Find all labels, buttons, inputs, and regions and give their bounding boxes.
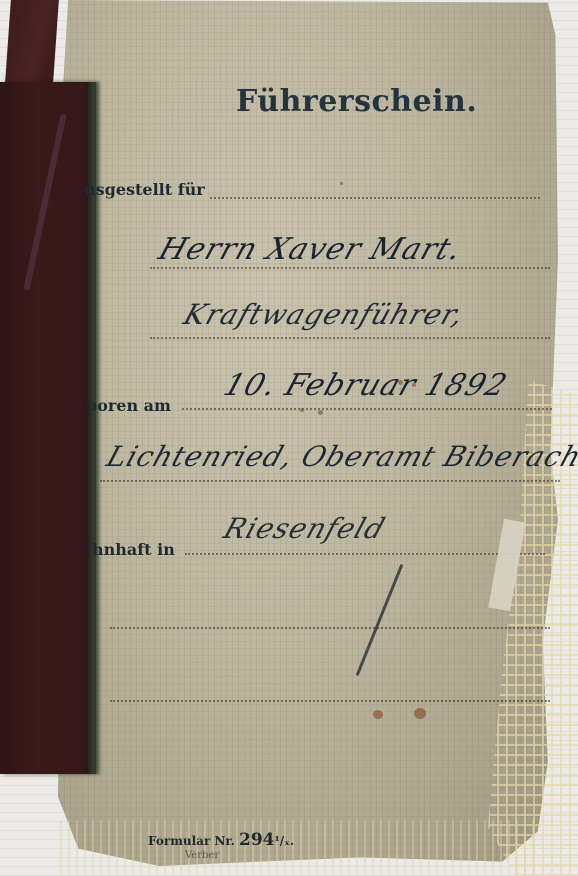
binding-strip-top: [5, 0, 59, 82]
label-resident-in: hnhaft in: [92, 540, 175, 559]
dotted-line: [110, 627, 550, 629]
handwritten-name: Herrn Xaver Mart.: [154, 232, 466, 267]
form-suffix: ¹/ₓ.: [275, 834, 295, 848]
fabric-mesh-bottom: [60, 820, 540, 876]
stain: [412, 383, 416, 387]
form-label: Formular Nr.: [148, 834, 235, 848]
handwritten-birthdate: 10. Februar 1892: [219, 368, 512, 403]
handwritten-residence: Riesenfeld: [220, 512, 390, 545]
dotted-line: [150, 267, 550, 269]
dotted-line: [150, 337, 550, 339]
handwritten-birthplace: Lichtenried, Oberamt Biberach: [103, 440, 578, 473]
binding-strip: [0, 82, 96, 774]
form-number: Formular Nr. 294¹/ₓ.: [148, 830, 294, 850]
stain: [340, 182, 343, 185]
dotted-line: [210, 197, 540, 199]
handwritten-occupation: Kraftwagenführer,: [180, 298, 469, 331]
stain: [414, 708, 426, 719]
stain: [373, 710, 383, 719]
dotted-line: [100, 480, 560, 482]
stain: [318, 410, 323, 415]
stain: [300, 408, 304, 412]
dotted-line: [185, 553, 545, 555]
footer-publisher: Verber: [185, 850, 219, 861]
document-page: [58, 0, 563, 866]
form-number-value: 294: [239, 830, 275, 850]
stain: [398, 380, 403, 385]
label-issued-for: usgestellt für: [84, 180, 205, 199]
label-born-on: boren am: [86, 396, 171, 415]
dotted-line: [110, 700, 550, 702]
dotted-line: [182, 408, 552, 410]
document-title: Führerschein.: [236, 84, 477, 119]
